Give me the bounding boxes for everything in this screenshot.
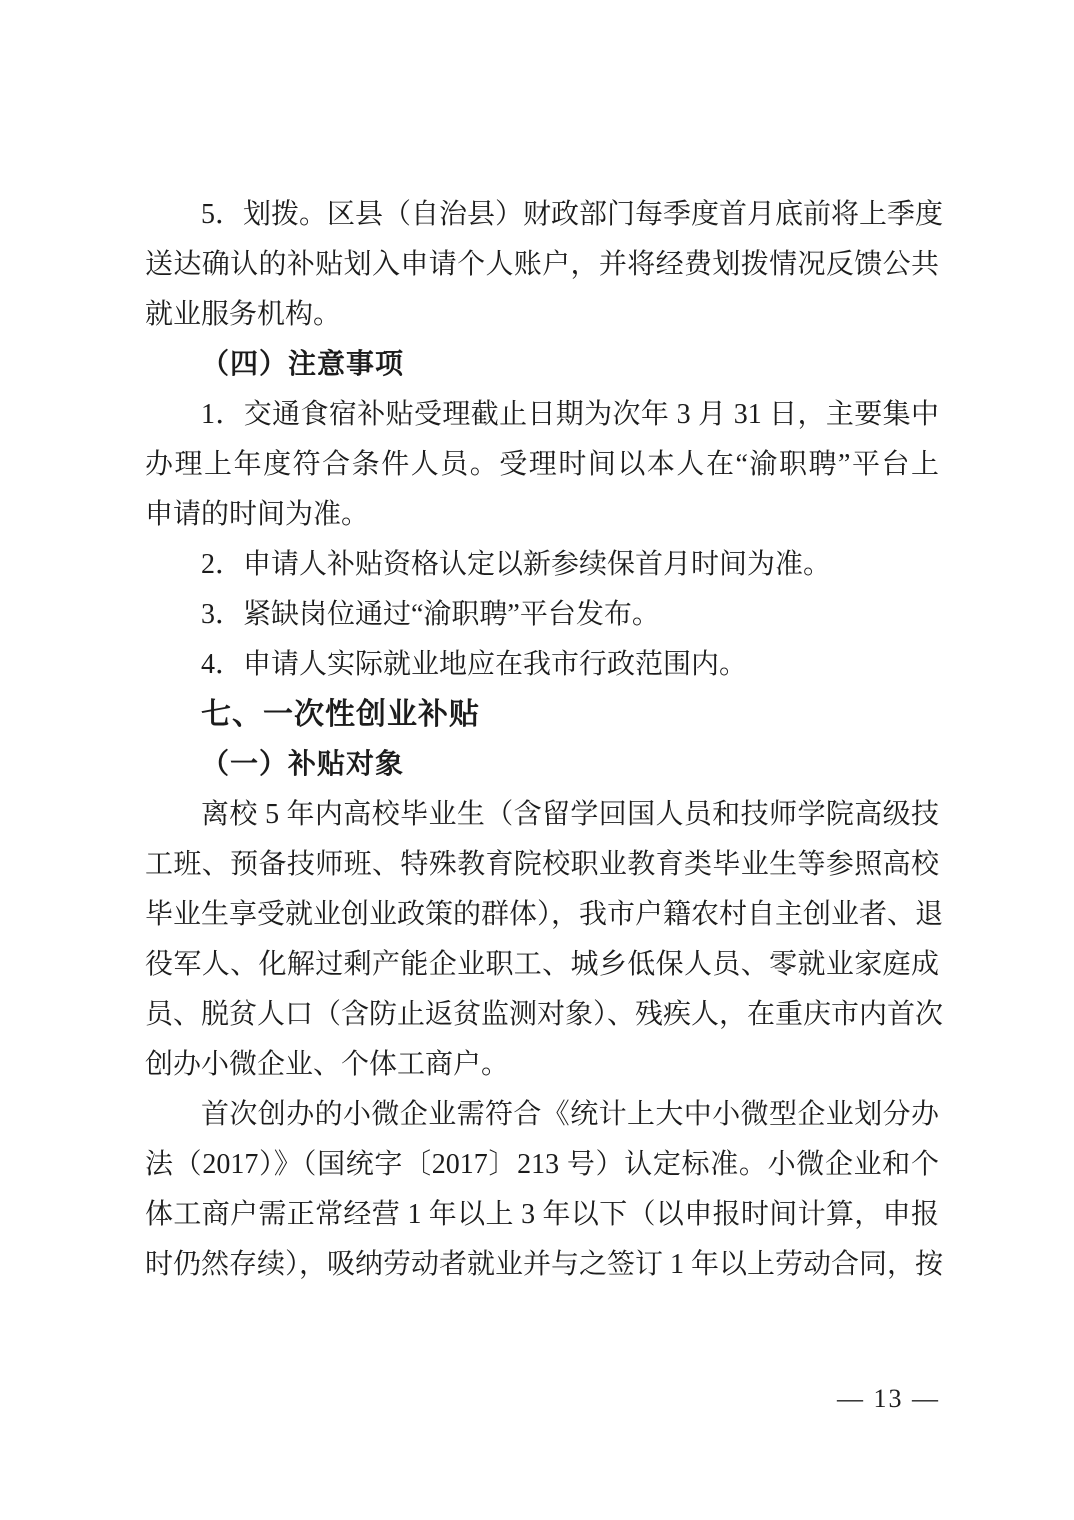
- text-line: （一）补贴对象: [145, 740, 939, 790]
- paragraph-enterprise-criteria: 首次创办的小微企业需符合《统计上大中小微型企业划分办法（2017）》（国统字〔2…: [145, 1090, 939, 1290]
- paragraph-allocation: 5．划拨。区县（自治县）财政部门每季度首月底前将上季度送达确认的补贴划入申请个人…: [145, 190, 939, 340]
- text-line: 员、脱贫人口（含防止返贫监测对象）、残疾人，在重庆市内首次: [145, 990, 939, 1040]
- text-line: 七、一次性创业补贴: [145, 690, 939, 740]
- heading-notes: （四）注意事项: [145, 340, 939, 390]
- text-line: 首次创办的小微企业需符合《统计上大中小微型企业划分办: [145, 1090, 939, 1140]
- text-line: 创办小微企业、个体工商户。: [145, 1040, 939, 1090]
- document-page: 5．划拨。区县（自治县）财政部门每季度首月底前将上季度送达确认的补贴划入申请个人…: [0, 0, 1074, 1520]
- heading-subsidy-targets: （一）补贴对象: [145, 740, 939, 790]
- paragraph-note-4: 4．申请人实际就业地应在我市行政范围内。: [145, 640, 939, 690]
- text-line: 2．申请人补贴资格认定以新参续保首月时间为准。: [145, 540, 939, 590]
- text-line: （四）注意事项: [145, 340, 939, 390]
- text-line: 5．划拨。区县（自治县）财政部门每季度首月底前将上季度: [145, 190, 939, 240]
- text-line: 体工商户需正常经营 1 年以上 3 年以下（以申报时间计算，申报: [145, 1190, 939, 1240]
- heading-section-7: 七、一次性创业补贴: [145, 690, 939, 740]
- text-line: 法（2017）》（国统字〔2017〕213 号）认定标准。小微企业和个: [145, 1140, 939, 1190]
- text-line: 办理上年度符合条件人员。受理时间以本人在“渝职聘”平台上: [145, 440, 939, 490]
- text-line: 毕业生享受就业创业政策的群体），我市户籍农村自主创业者、退: [145, 890, 939, 940]
- paragraph-note-1: 1．交通食宿补贴受理截止日期为次年 3 月 31 日，主要集中办理上年度符合条件…: [145, 390, 939, 540]
- paragraph-note-2: 2．申请人补贴资格认定以新参续保首月时间为准。: [145, 540, 939, 590]
- text-line: 役军人、化解过剩产能企业职工、城乡低保人员、零就业家庭成: [145, 940, 939, 990]
- document-body: 5．划拨。区县（自治县）财政部门每季度首月底前将上季度送达确认的补贴划入申请个人…: [145, 190, 939, 1290]
- text-line: 离校 5 年内高校毕业生（含留学回国人员和技师学院高级技: [145, 790, 939, 840]
- paragraph-targets: 离校 5 年内高校毕业生（含留学回国人员和技师学院高级技工班、预备技师班、特殊教…: [145, 790, 939, 1090]
- text-line: 送达确认的补贴划入申请个人账户，并将经费划拨情况反馈公共: [145, 240, 939, 290]
- text-line: 1．交通食宿补贴受理截止日期为次年 3 月 31 日，主要集中: [145, 390, 939, 440]
- page-number: — 13 —: [837, 1384, 940, 1414]
- paragraph-note-3: 3．紧缺岗位通过“渝职聘”平台发布。: [145, 590, 939, 640]
- text-line: 申请的时间为准。: [145, 490, 939, 540]
- text-line: 就业服务机构。: [145, 290, 939, 340]
- text-line: 3．紧缺岗位通过“渝职聘”平台发布。: [145, 590, 939, 640]
- text-line: 时仍然存续），吸纳劳动者就业并与之签订 1 年以上劳动合同，按: [145, 1240, 939, 1290]
- text-line: 工班、预备技师班、特殊教育院校职业教育类毕业生等参照高校: [145, 840, 939, 890]
- text-line: 4．申请人实际就业地应在我市行政范围内。: [145, 640, 939, 690]
